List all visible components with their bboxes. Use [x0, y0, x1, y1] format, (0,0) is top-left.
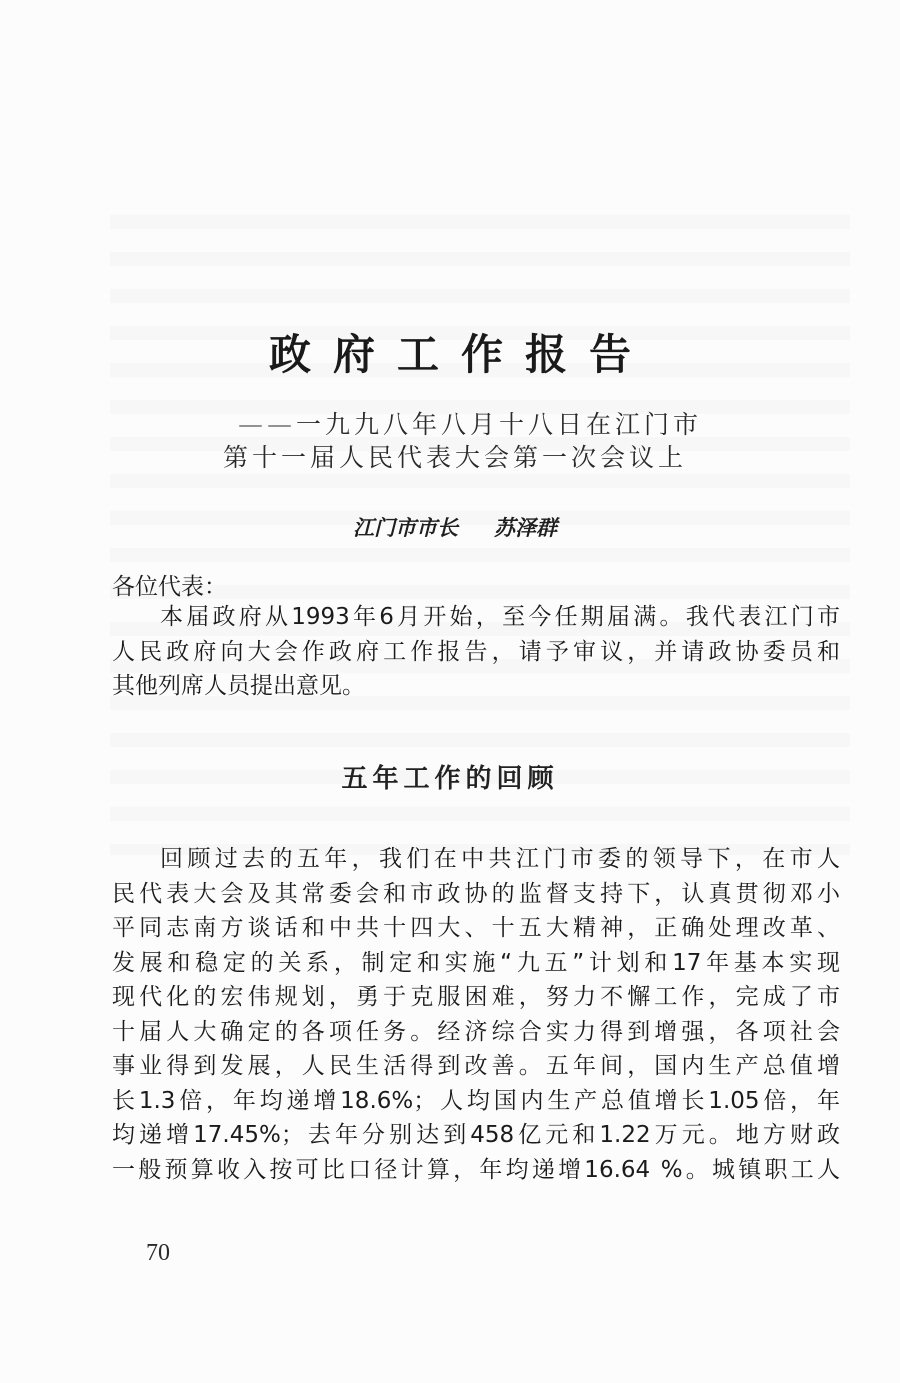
- subtitle-line-2: 第十一届人民代表大会第一次会议上: [0, 438, 900, 474]
- author-position: 江门市市长: [353, 515, 458, 540]
- paragraph-line: 均递增17.45%；去年分别达到458亿元和1.22万元。地方财政: [112, 1118, 840, 1153]
- paragraph-line: 十届人大确定的各项任务。经济综合实力得到增强，各项社会: [112, 1015, 840, 1050]
- paragraph-line: 民代表大会及其常委会和市政协的监督支持下，认真贯彻邓小: [112, 877, 840, 912]
- document-page: 政府工作报告 ——一九九八年八月十八日在江门市 第十一届人民代表大会第一次会议上…: [0, 0, 900, 1383]
- author-byline: 江门市市长苏泽群: [0, 512, 900, 542]
- paragraph-line: 发展和稳定的关系，制定和实施“九五”计划和17年基本实现: [112, 946, 840, 981]
- paragraph-line: 事业得到发展，人民生活得到改善。五年间，国内生产总值增: [112, 1049, 840, 1084]
- document-title: 政府工作报告: [0, 322, 900, 382]
- paragraph-line: 人民政府向大会作政府工作报告，请予审议，并请政协委员和: [112, 635, 840, 670]
- paragraph-line: 其他列席人员提出意见。: [112, 669, 840, 704]
- paragraph-line: 现代化的宏伟规划，勇于克服困难，努力不懈工作，完成了市: [112, 980, 840, 1015]
- subtitle-line-1: ——一九九八年八月十八日在江门市: [0, 405, 900, 441]
- paragraph-line: 平同志南方谈话和中共十四大、十五大精神，正确处理改革、: [112, 911, 840, 946]
- paragraph-line: 长1.3倍，年均递增18.6%；人均国内生产总值增长1.05倍，年: [112, 1084, 840, 1119]
- author-name: 苏泽群: [494, 515, 557, 540]
- intro-paragraph: 本届政府从1993年6月开始，至今任期届满。我代表江门市 人民政府向大会作政府工…: [112, 600, 840, 704]
- page-number: 70: [146, 1240, 170, 1267]
- salutation: 各位代表：: [112, 568, 227, 601]
- paragraph-line: 本届政府从1993年6月开始，至今任期届满。我代表江门市: [112, 600, 840, 635]
- section-heading: 五年工作的回顾: [0, 758, 900, 795]
- paragraph-line: 一般预算收入按可比口径计算，年均递增16.64 %。城镇职工人: [112, 1153, 840, 1188]
- paragraph-line: 回顾过去的五年，我们在中共江门市委的领导下，在市人: [112, 842, 840, 877]
- review-paragraph: 回顾过去的五年，我们在中共江门市委的领导下，在市人 民代表大会及其常委会和市政协…: [112, 842, 840, 1187]
